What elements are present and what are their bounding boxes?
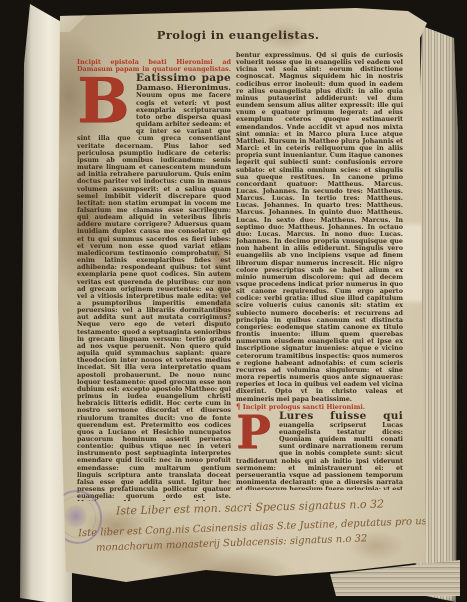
manuscript-leaf: Prologi in euangelistas. Incipit epistol… [56, 6, 430, 590]
pilcrow-icon: ¶ [236, 402, 240, 411]
rubric-incipit-epistola: Incipit epistola beati Hieronimi ad Dama… [77, 59, 231, 73]
initial-p: P [236, 413, 276, 455]
scanned-book-photo: { "page": { "header": "Prologi in euange… [0, 0, 467, 602]
prologus-paragraph: P Lures fuisse qui euangelia scripserut … [236, 411, 403, 490]
text-column-left: Incipit epistola beati Hieronimi ad Dama… [77, 59, 231, 501]
initial-b: B [77, 75, 133, 131]
epistola-body-text: Nouum opus me facere cogis et veteri: vt… [77, 91, 231, 501]
running-title: Prologi in euangelistas. [56, 28, 420, 42]
epistola-body-continued: bentur expressimus. Qd si quis de curios… [236, 52, 403, 403]
text-column-right: bentur expressimus. Qd si quis de curios… [236, 52, 403, 490]
